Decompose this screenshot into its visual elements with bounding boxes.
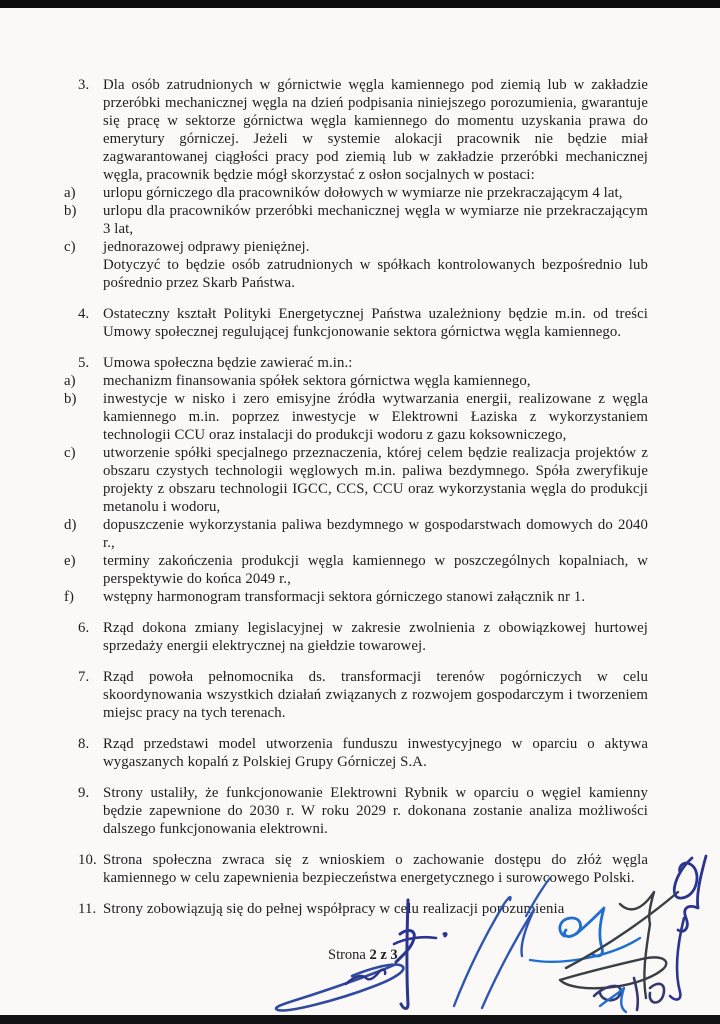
list-item-5: 5. Umowa społeczna będzie zawierać m.in.… — [64, 354, 648, 372]
item-text: Rząd przedstawi model utworzenia fundusz… — [103, 735, 648, 771]
item-marker: e) — [64, 552, 103, 588]
item-text: Ostateczny kształt Polityki Energetyczne… — [103, 305, 648, 341]
sub-item-3b: b) urlopu dla pracowników przeróbki mech… — [64, 202, 648, 238]
item-marker: f) — [64, 588, 103, 606]
signature-stroke — [674, 858, 697, 898]
sub-item-5c: c) utworzenie spółki specjalnego przezna… — [64, 444, 648, 516]
list-item-10: 10. Strona społeczna zwraca się z wniosk… — [64, 851, 648, 887]
item-text: Rząd powoła pełnomocnika ds. transformac… — [103, 668, 648, 722]
signature-stroke — [600, 988, 626, 1012]
sub-item-5e: e) terminy zakończenia produkcji węgla k… — [64, 552, 648, 588]
item-text: inwestycje w nisko i zero emisyjne źródł… — [103, 390, 648, 444]
signature-stroke — [678, 856, 706, 931]
item-marker: 9. — [64, 784, 103, 838]
item-marker: c) — [64, 238, 103, 256]
item-marker: 7. — [64, 668, 103, 722]
signature-stroke — [482, 910, 534, 1008]
item-marker: 3. — [64, 76, 103, 184]
signature-stroke — [634, 978, 638, 1010]
list-item-6: 6. Rząd dokona zmiany legislacyjnej w za… — [64, 619, 648, 655]
item-marker: 6. — [64, 619, 103, 655]
item-marker: c) — [64, 444, 103, 516]
page-number-value: 2 z 3 — [369, 947, 397, 963]
sub-item-5b: b) inwestycje w nisko i zero emisyjne źr… — [64, 390, 648, 444]
document-body: 3. Dla osób zatrudnionych w górnictwie w… — [64, 76, 648, 918]
item-text: Umowa społeczna będzie zawierać m.in.: — [103, 354, 648, 372]
item-text: mechanizm finansowania spółek sektora gó… — [103, 372, 648, 390]
item-marker: 5. — [64, 354, 103, 372]
item-marker: d) — [64, 516, 103, 552]
signature-stroke — [276, 964, 403, 1010]
signature-stroke — [530, 938, 640, 962]
list-item-9: 9. Strony ustaliły, że funkcjonowanie El… — [64, 784, 648, 838]
signature-stroke — [594, 986, 621, 1000]
item-text: jednorazowej odprawy pieniężnej. — [103, 238, 648, 256]
sub-item-3c-continuation: Dotyczyć to będzie osób zatrudnionych w … — [64, 256, 648, 292]
sub-item-5f: f) wstępny harmonogram transformacji sek… — [64, 588, 648, 606]
signature-stroke — [444, 934, 446, 936]
item-text: Dotyczyć to będzie osób zatrudnionych w … — [103, 256, 648, 292]
item-text: Strony ustaliły, że funkcjonowanie Elekt… — [103, 784, 648, 838]
item-text: Dla osób zatrudnionych w górnictwie węgl… — [103, 76, 648, 184]
item-text: utworzenie spółki specjalnego przeznacze… — [103, 444, 648, 516]
item-marker: b) — [64, 390, 103, 444]
item-text: dopuszczenie wykorzystania paliwa bezdym… — [103, 516, 648, 552]
sub-item-5a: a) mechanizm finansowania spółek sektora… — [64, 372, 648, 390]
page-number-label: Strona — [328, 947, 369, 963]
item-text: terminy zakończenia produkcji węgla kami… — [103, 552, 648, 588]
item-text: Strona społeczna zwraca się z wnioskiem … — [103, 851, 648, 887]
signature-stroke — [394, 937, 436, 944]
list-item-3: 3. Dla osób zatrudnionych w górnictwie w… — [64, 76, 648, 184]
signature-stroke — [346, 970, 385, 984]
item-text: Rząd dokona zmiany legislacyjnej w zakre… — [103, 619, 648, 655]
item-marker: b) — [64, 202, 103, 238]
item-text: urlopu dla pracowników przeróbki mechani… — [103, 202, 648, 238]
sub-item-3a: a) urlopu górniczego dla pracowników doł… — [64, 184, 648, 202]
signature-stroke — [670, 918, 684, 999]
list-item-7: 7. Rząd powoła pełnomocnika ds. transfor… — [64, 668, 648, 722]
signature-stroke — [650, 984, 664, 1003]
scanned-document-page: 3. Dla osób zatrudnionych w górnictwie w… — [0, 0, 720, 1024]
list-item-4: 4. Ostateczny kształt Polityki Energetyc… — [64, 305, 648, 341]
list-item-11: 11. Strony zobowiązują się do pełnej wsp… — [64, 900, 648, 918]
item-marker: 10. — [64, 851, 103, 887]
sub-item-3c: c) jednorazowej odprawy pieniężnej. — [64, 238, 648, 256]
signature-stroke — [644, 924, 650, 998]
scan-edge-top — [0, 0, 720, 8]
signature-stroke — [560, 918, 581, 936]
item-marker: 4. — [64, 305, 103, 341]
item-marker: a) — [64, 372, 103, 390]
signature-stroke — [560, 957, 666, 988]
scan-edge-bottom — [0, 1015, 720, 1024]
signature-stroke — [396, 931, 414, 962]
item-marker: 11. — [64, 900, 103, 918]
item-text: wstępny harmonogram transformacji sektor… — [103, 588, 648, 606]
item-text: urlopu górniczego dla pracowników dołowy… — [103, 184, 648, 202]
list-item-8: 8. Rząd przedstawi model utworzenia fund… — [64, 735, 648, 771]
page-number: Strona 2 z 3 — [328, 946, 398, 964]
item-text: Strony zobowiązują się do pełnej współpr… — [103, 900, 648, 918]
item-marker — [64, 256, 103, 292]
sub-item-5d: d) dopuszczenie wykorzystania paliwa bez… — [64, 516, 648, 552]
item-marker: 8. — [64, 735, 103, 771]
item-marker: a) — [64, 184, 103, 202]
